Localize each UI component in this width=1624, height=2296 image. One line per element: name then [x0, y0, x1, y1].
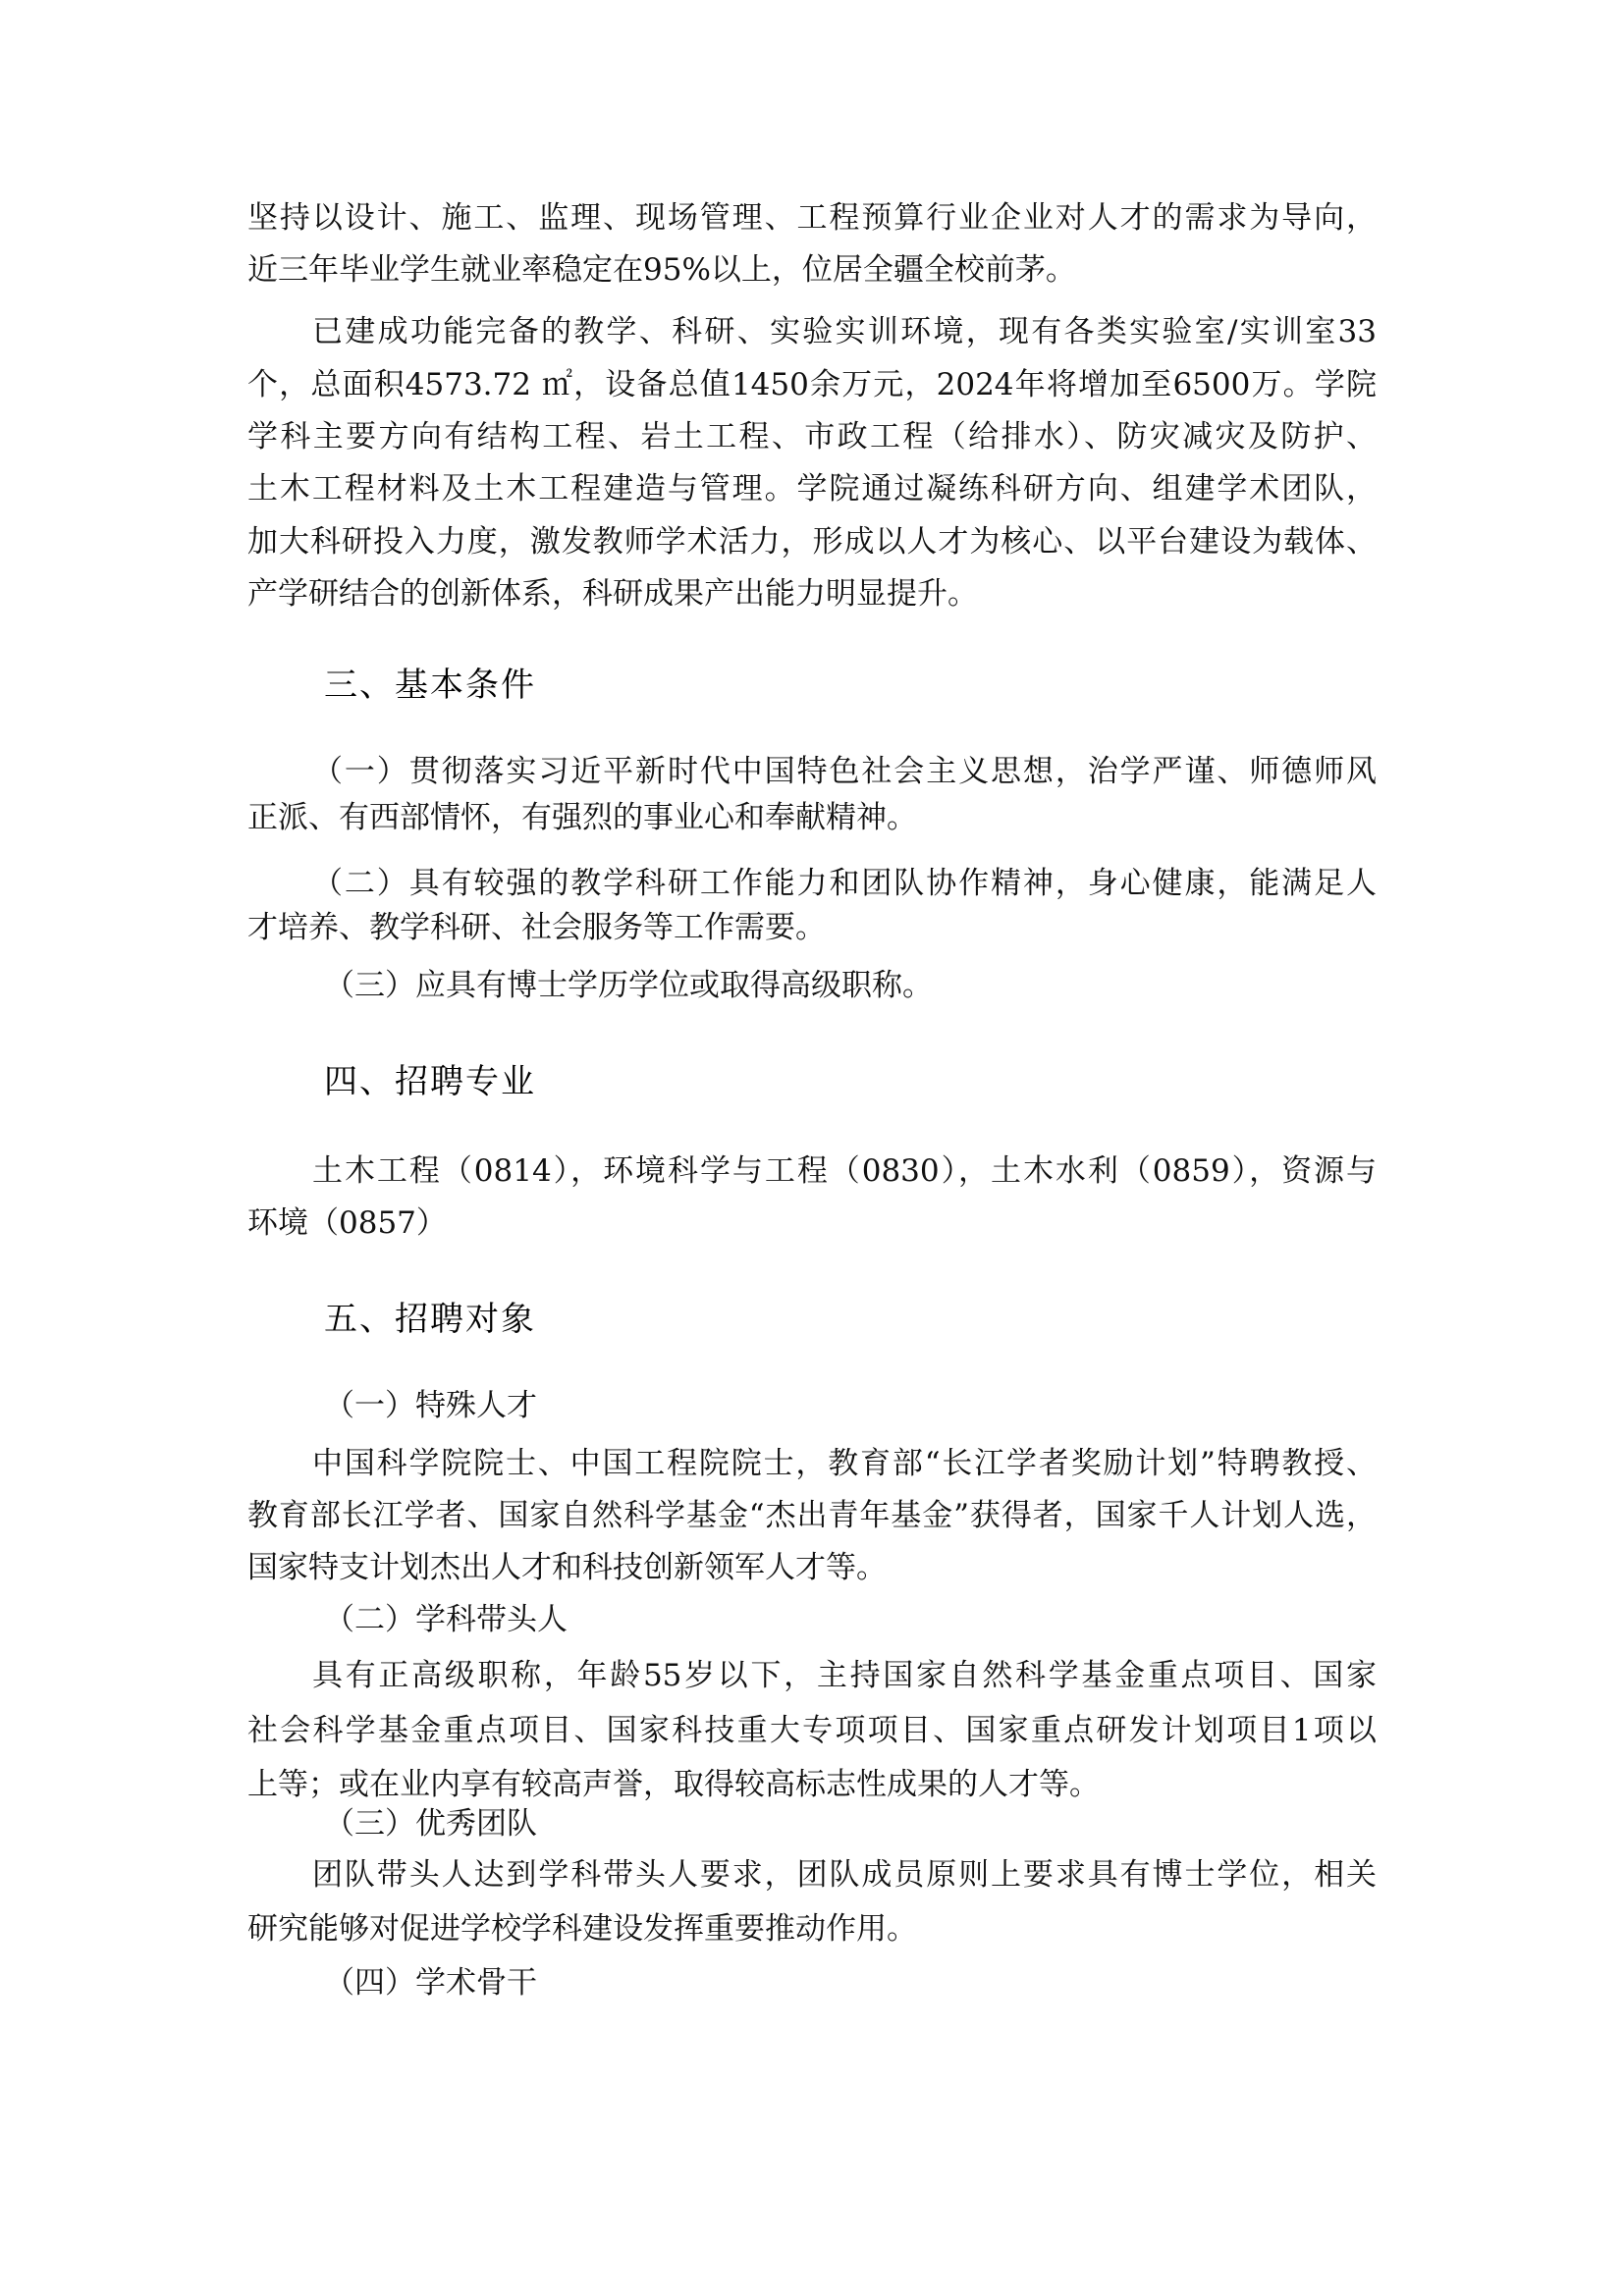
section-heading-basic-conditions: 三、基本条件: [324, 664, 536, 707]
special-talents-line: 教育部长江学者、国家自然科学基金“杰出青年基金”获得者，国家千人计划人选，: [247, 1496, 1377, 1535]
special-talents-line: 中国科学院院士、中国工程院院士，教育部“长江学者奖励计划”特聘教授、: [312, 1444, 1377, 1483]
majors-line: 环境（0857）: [247, 1203, 1377, 1243]
body-text-line: 产学研结合的创新体系，科研成果产出能力明显提升。: [247, 574, 1377, 614]
body-text-line: 土木工程材料及土木工程建造与管理。学院通过凝练科研方向、组建学术团队，: [247, 469, 1377, 508]
condition-item-2-line: 才培养、教学科研、社会服务等工作需要。: [247, 908, 1377, 947]
discipline-leaders-line: 上等；或在业内享有较高声誉，取得较高标志性成果的人才等。: [247, 1765, 1377, 1804]
section-heading-targets: 五、招聘对象: [324, 1298, 536, 1341]
subheading-academic-backbone: （四）学术骨干: [324, 1963, 537, 2002]
majors-line: 土木工程（0814），环境科学与工程（0830），土木水利（0859），资源与: [312, 1151, 1377, 1191]
excellent-teams-line: 研究能够对促进学校学科建设发挥重要推动作用。: [247, 1909, 1377, 1949]
subheading-excellent-teams: （三）优秀团队: [324, 1804, 537, 1843]
condition-item-1-line: 正派、有西部情怀，有强烈的事业心和奉献精神。: [247, 798, 1377, 837]
body-text-line: 坚持以设计、施工、监理、现场管理、工程预算行业企业对人才的需求为导向，: [247, 198, 1377, 238]
body-text-line: 个，总面积4573.72 ㎡，设备总值1450余万元，2024年将增加至6500…: [247, 365, 1377, 404]
discipline-leaders-line: 社会科学基金重点项目、国家科技重大专项项目、国家重点研发计划项目1项以: [247, 1711, 1377, 1750]
discipline-leaders-line: 具有正高级职称，年龄55岁以下，主持国家自然科学基金重点项目、国家: [312, 1656, 1377, 1695]
condition-item-1-line: （一）贯彻落实习近平新时代中国特色社会主义思想，治学严谨、师德师风: [312, 752, 1377, 791]
subheading-discipline-leaders: （二）学科带头人: [324, 1600, 568, 1639]
condition-item-2-line: （二）具有较强的教学科研工作能力和团队协作精神，身心健康，能满足人: [312, 864, 1377, 903]
body-text-line: 加大科研投入力度，激发教师学术活力，形成以人才为核心、以平台建设为载体、: [247, 522, 1377, 561]
body-text-line: 已建成功能完备的教学、科研、实验实训环境，现有各类实验室/实训室33: [312, 312, 1377, 351]
section-heading-majors: 四、招聘专业: [324, 1060, 536, 1103]
condition-item-3-line: （三）应具有博士学历学位或取得高级职称。: [324, 966, 933, 1005]
body-text-line: 学科主要方向有结构工程、岩土工程、市政工程（给排水）、防灾减灾及防护、: [247, 417, 1377, 456]
special-talents-line: 国家特支计划杰出人才和科技创新领军人才等。: [247, 1548, 1377, 1587]
subheading-special-talents: （一）特殊人才: [324, 1386, 537, 1425]
body-text-line: 近三年毕业学生就业率稳定在95%以上，位居全疆全校前茅。: [247, 250, 1377, 290]
excellent-teams-line: 团队带头人达到学科带头人要求，团队成员原则上要求具有博士学位，相关: [312, 1855, 1377, 1895]
document-page: 坚持以设计、施工、监理、现场管理、工程预算行业企业对人才的需求为导向， 近三年毕…: [0, 0, 1624, 2296]
